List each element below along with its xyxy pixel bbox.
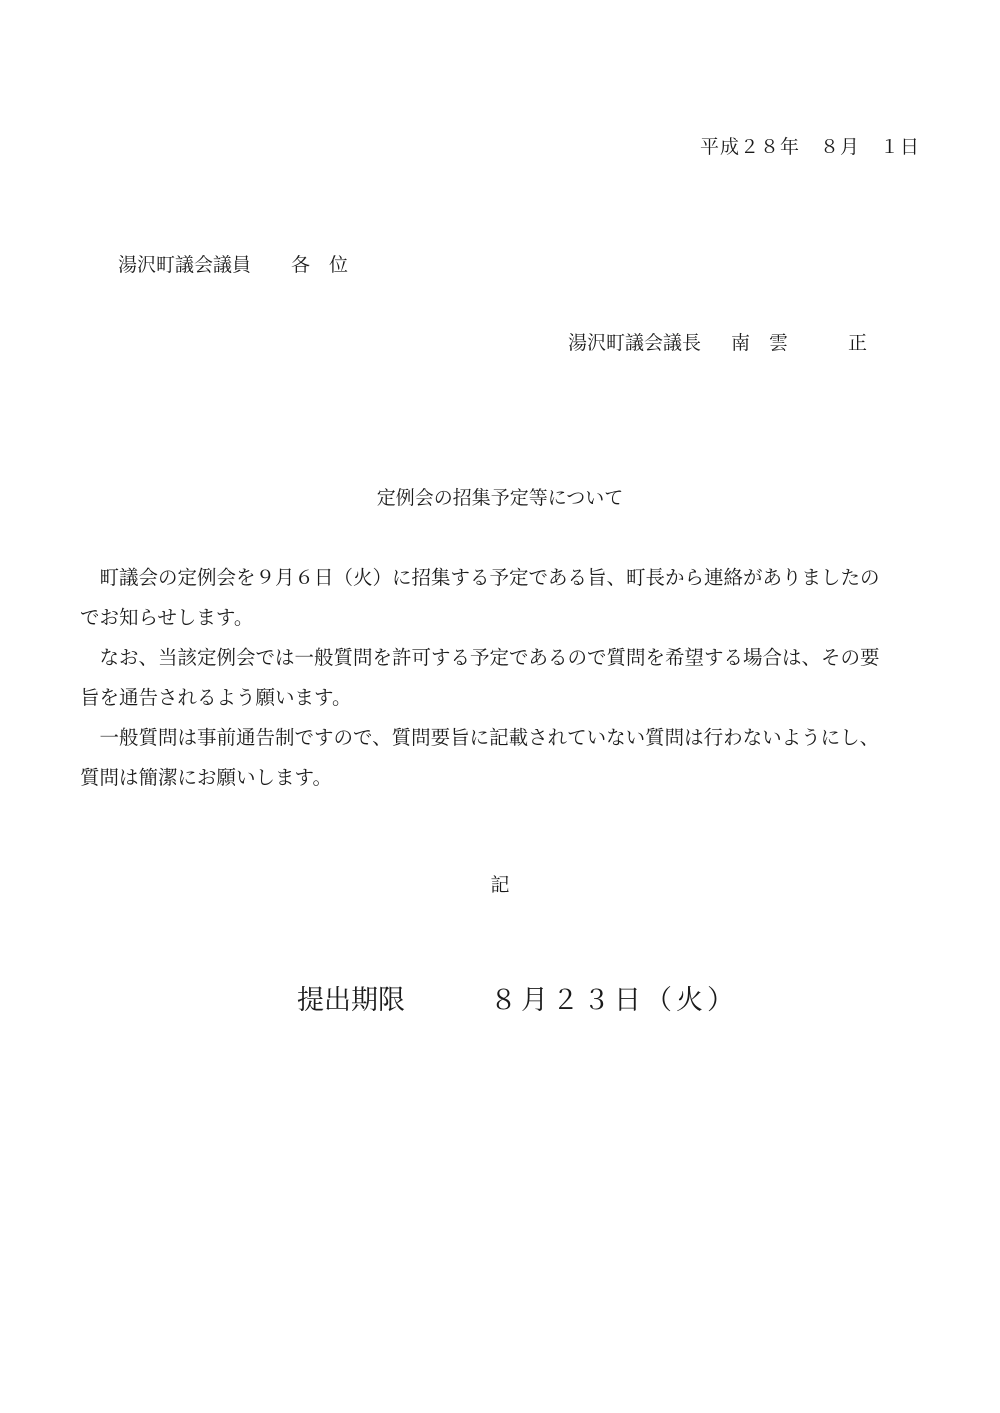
sender-title: 湯沢町議会議長 xyxy=(568,332,701,354)
addressee-honorific: 各 位 xyxy=(291,254,348,276)
paragraph-line: でお知らせします。 xyxy=(80,598,940,638)
paragraph-line: なお、当該定例会では一般質問を許可する予定であるので質問を希望する場合は、その要 xyxy=(80,638,940,678)
deadline-value: ８月２３日（火） xyxy=(490,985,738,1016)
paragraph-line: 旨を通告されるよう願います。 xyxy=(80,678,940,718)
paragraph-2: なお、当該定例会では一般質問を許可する予定であるので質問を希望する場合は、その要… xyxy=(80,638,940,718)
paragraph-1: 町議会の定例会を９月６日（火）に招集する予定である旨、町長から連絡がありましたの… xyxy=(80,558,940,638)
paragraph-line: 質問は簡潔にお願いします。 xyxy=(80,758,940,798)
sender-given-name: 正 xyxy=(848,332,867,354)
document-body: 町議会の定例会を９月６日（火）に招集する予定である旨、町長から連絡がありましたの… xyxy=(80,558,940,798)
sender: 湯沢町議会議長南 雲正 xyxy=(568,328,867,355)
document-subject: 定例会の招集予定等について xyxy=(0,483,1000,510)
document-date: 平成２８年 ８月 １日 xyxy=(700,132,920,159)
deadline: 提出期限８月２３日（火） xyxy=(297,978,738,1017)
paragraph-line: 一般質問は事前通告制ですので、質問要旨に記載されていない質問は行わないようにし、 xyxy=(80,718,940,758)
ki-heading: 記 xyxy=(0,870,1000,897)
deadline-label: 提出期限 xyxy=(297,985,405,1016)
addressee: 湯沢町議会議員各 位 xyxy=(118,250,348,277)
paragraph-3: 一般質問は事前通告制ですので、質問要旨に記載されていない質問は行わないようにし、… xyxy=(80,718,940,798)
paragraph-line: 町議会の定例会を９月６日（火）に招集する予定である旨、町長から連絡がありましたの xyxy=(80,558,940,598)
addressee-name: 湯沢町議会議員 xyxy=(118,254,251,276)
sender-surname: 南 雲 xyxy=(731,332,788,354)
